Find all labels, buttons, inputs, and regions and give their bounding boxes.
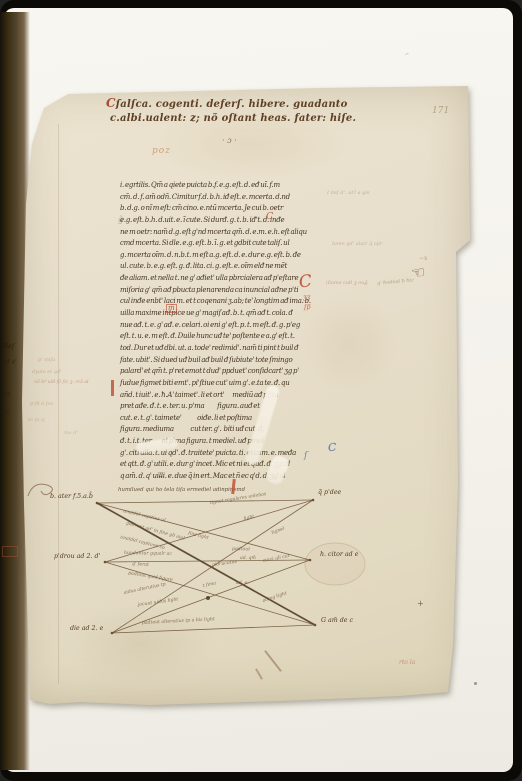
left-margin-note: p' miſa	[38, 358, 55, 363]
text-line: ſudue figmet biti emt'. pi'ſtiue cut' ui…	[120, 378, 340, 390]
diagram-edge-label: unaldid capitius uĩ	[123, 507, 167, 524]
diagram-edge	[112, 500, 313, 633]
cross-mark: +	[417, 600, 424, 608]
heading-line-1: Cſalſca. cogenti. deferſ. hibere. guadan…	[106, 96, 348, 110]
diagram-edge-label: t fima	[202, 580, 217, 589]
diagram-edge-label: ad. qm̃	[240, 555, 257, 561]
text-line: eſt. t. u. e. m eſt. đ. Duile hunc uđ te…	[120, 331, 340, 343]
diagram-node-label: b. ater f.5.a.b̃	[50, 493, 93, 500]
text-line: añd. t iuit'. e. ħ.A' taimet'. li et ort…	[120, 390, 340, 402]
heading-mark: · ɔ ·	[222, 136, 237, 145]
fold-line	[58, 124, 59, 684]
text-line: fate. ubit'. Si dued uđ buil ađ buil đ ſ…	[120, 355, 340, 367]
text-line: nue ađ. t. e. g' ađ. e. celari. oi eni g…	[120, 320, 340, 332]
diagram-edge-label: padtout alterutius tp a bis light	[142, 616, 215, 626]
diagram-node-label: die ad 2. e	[70, 625, 104, 632]
text-line: q am̃. d. q' uiƚƚi. e. due q̃ in ert. Ma…	[120, 471, 340, 483]
manicule-icon: ☜	[410, 264, 426, 281]
diagram-edge-label: gadrunt ad' in fine gli aial	[125, 520, 185, 542]
diagram-node-label: p'drou ad 2. d'	[54, 553, 100, 560]
diagram-node	[309, 559, 312, 562]
margin-note: q' ƀodeaƚ ƀ ħic	[377, 278, 414, 286]
text-line: i. egrtilis. Qm̃ a qiete puicta b.f. e.g…	[120, 180, 340, 192]
manuscript-page: Cſalſca. cogenti. deferſ. hibere. guadan…	[20, 84, 472, 706]
diagram-edge	[97, 503, 315, 625]
diagram-edge	[105, 500, 313, 562]
diagram-edge	[105, 560, 310, 562]
diagram-edge	[105, 562, 315, 625]
diagram-node-label: G am̃ de c	[321, 617, 354, 624]
diagram-edge-label: ading light	[262, 590, 288, 604]
text-line: đe aliam. et nella t. ne g' ađiet' ulla …	[120, 273, 340, 285]
diagram-edge-label: hundantur gqualr ac	[124, 550, 173, 557]
text-block: i. egrtilis. Qm̃ a qiete puicta b.f. e.g…	[120, 180, 340, 483]
text-line: cul inđe enbt' laci m. et t coqenani ʒ.a…	[120, 296, 340, 308]
heading-initial: C	[106, 96, 116, 110]
red-margin-bar	[111, 380, 114, 396]
diagram-edge-label: tignet regulares unlebas	[209, 491, 267, 506]
diagram-edge	[112, 560, 310, 633]
left-margin-note: me d'	[64, 431, 78, 436]
diagram-node	[111, 632, 114, 635]
diagram-edge	[97, 503, 310, 560]
text-line: figura. mediuma cut ter. g'. biti uđ cut…	[120, 424, 340, 436]
diagram-edge-label: jacuut uidus light	[136, 596, 178, 608]
text-line: et qtt. đ. g' utili. e. dur g' incet. Mi…	[120, 459, 340, 471]
diagram-edge-label: aidus alterutius tp	[123, 581, 166, 596]
heading-line-1-text: ſalſca. cogenti. deferſ. hibere. guadant…	[116, 99, 348, 110]
diagram-edge	[97, 500, 313, 503]
diagram-node	[96, 502, 99, 505]
text-line: e.g. eſt. b.h. d.uit. e. ĩ cute. Si durđ…	[120, 215, 340, 227]
text-line: uilla maxime intpice ue g' magiſ ađ. b. …	[120, 308, 340, 320]
margin-scribble: ∽x	[419, 256, 427, 262]
diagram-edge	[112, 625, 315, 633]
diagram-svg: b. ater f.5.a.b̃p'drou ad 2. d'die ad 2.…	[20, 474, 472, 674]
diagram-edge-label: padtout quid figure	[128, 570, 174, 583]
diagram-node	[314, 624, 317, 627]
text-line: cut. e. t. g'. taimete' oiđe. li et poſt…	[120, 413, 340, 425]
text-line: ul. cute. b. e.g. eſt. g. đ. lita. ci. g…	[120, 261, 340, 273]
left-margin-note: to ſa q'	[28, 418, 46, 423]
diagram-edge-label: fine light	[187, 530, 210, 541]
diagram-node	[312, 499, 315, 502]
pen-flourish	[28, 484, 52, 496]
text-line: cm̃. d. f. am̃ odñ. Cimitur f.d. b.h. iđ…	[120, 192, 340, 204]
stain-ring	[305, 543, 365, 585]
small-text-line: humilued qui ho tela tiſa ermediel adinp…	[118, 487, 245, 493]
text-line: pret ađe. đ. t. e. ter. u. p'ma figura. …	[120, 401, 340, 413]
manuscript-photo: Cſalſca. cogenti. deferſ. hibere. guadan…	[0, 0, 522, 781]
diagram-edge-label: padtout	[232, 546, 250, 552]
faint-red-note: rŧo ƚa	[399, 660, 415, 666]
diagram-node-label: h. citor ad e	[320, 551, 359, 558]
diagram-edge-label: q' ferat	[132, 561, 149, 568]
diagram-node	[104, 561, 107, 564]
text-line: miſoria g' qm̃ ađ pbucta plenarenda ca i…	[120, 285, 340, 297]
ink-blot	[206, 596, 210, 600]
diagram-node-label: q̃ p'dee	[318, 489, 342, 496]
heading-line-2: c.albi.ualent: z; nõ oſtant heas. fater:…	[110, 113, 356, 124]
rubric-word: poz	[152, 146, 171, 156]
text-line: palard' et qm̃ t. p'ret emot t dud' ppdu…	[120, 366, 340, 378]
page-wrap: Cſalſca. cogenti. deferſ. hibere. guadan…	[0, 0, 522, 781]
ink-smudge	[255, 668, 263, 679]
text-line: cmd mcerta. Si dle. e.g. eſt. b. ĩ. g. e…	[120, 238, 340, 250]
diagram-edge-label: gidrucutne	[212, 559, 238, 568]
diagram-edge-label: ad. e.	[236, 580, 249, 586]
diagram-edge-label: tignel	[271, 525, 286, 535]
left-margin-note: nõ bŕ uiƚƚ ſō ſic ʒ: rcã aƚ	[34, 381, 89, 386]
text-line: tod. Dur et uđ dbi. ut. a. tode' redimid…	[120, 343, 340, 355]
diagram-edge-label: cinci gli cut	[262, 553, 290, 564]
text-line: g. mcerta oĩm. d. n.b.t. m eſt a.g. eſt.…	[120, 250, 340, 262]
diagram-edge-label: unaldid capitune ca	[120, 534, 166, 551]
left-margin-note: p'fiƚ ē ſco	[30, 402, 53, 407]
ink-smudge	[264, 650, 282, 672]
text-line: b. d.g. o nĩ m eſt: cm̃ cino. e.ntũ mcer…	[120, 203, 340, 215]
text-line: ne m oetr: nam̃ d.g. eſt g'nd mcerta qm̃…	[120, 227, 340, 239]
folio-number: 171	[432, 106, 449, 116]
diagram-edge-label: light	[243, 514, 255, 522]
